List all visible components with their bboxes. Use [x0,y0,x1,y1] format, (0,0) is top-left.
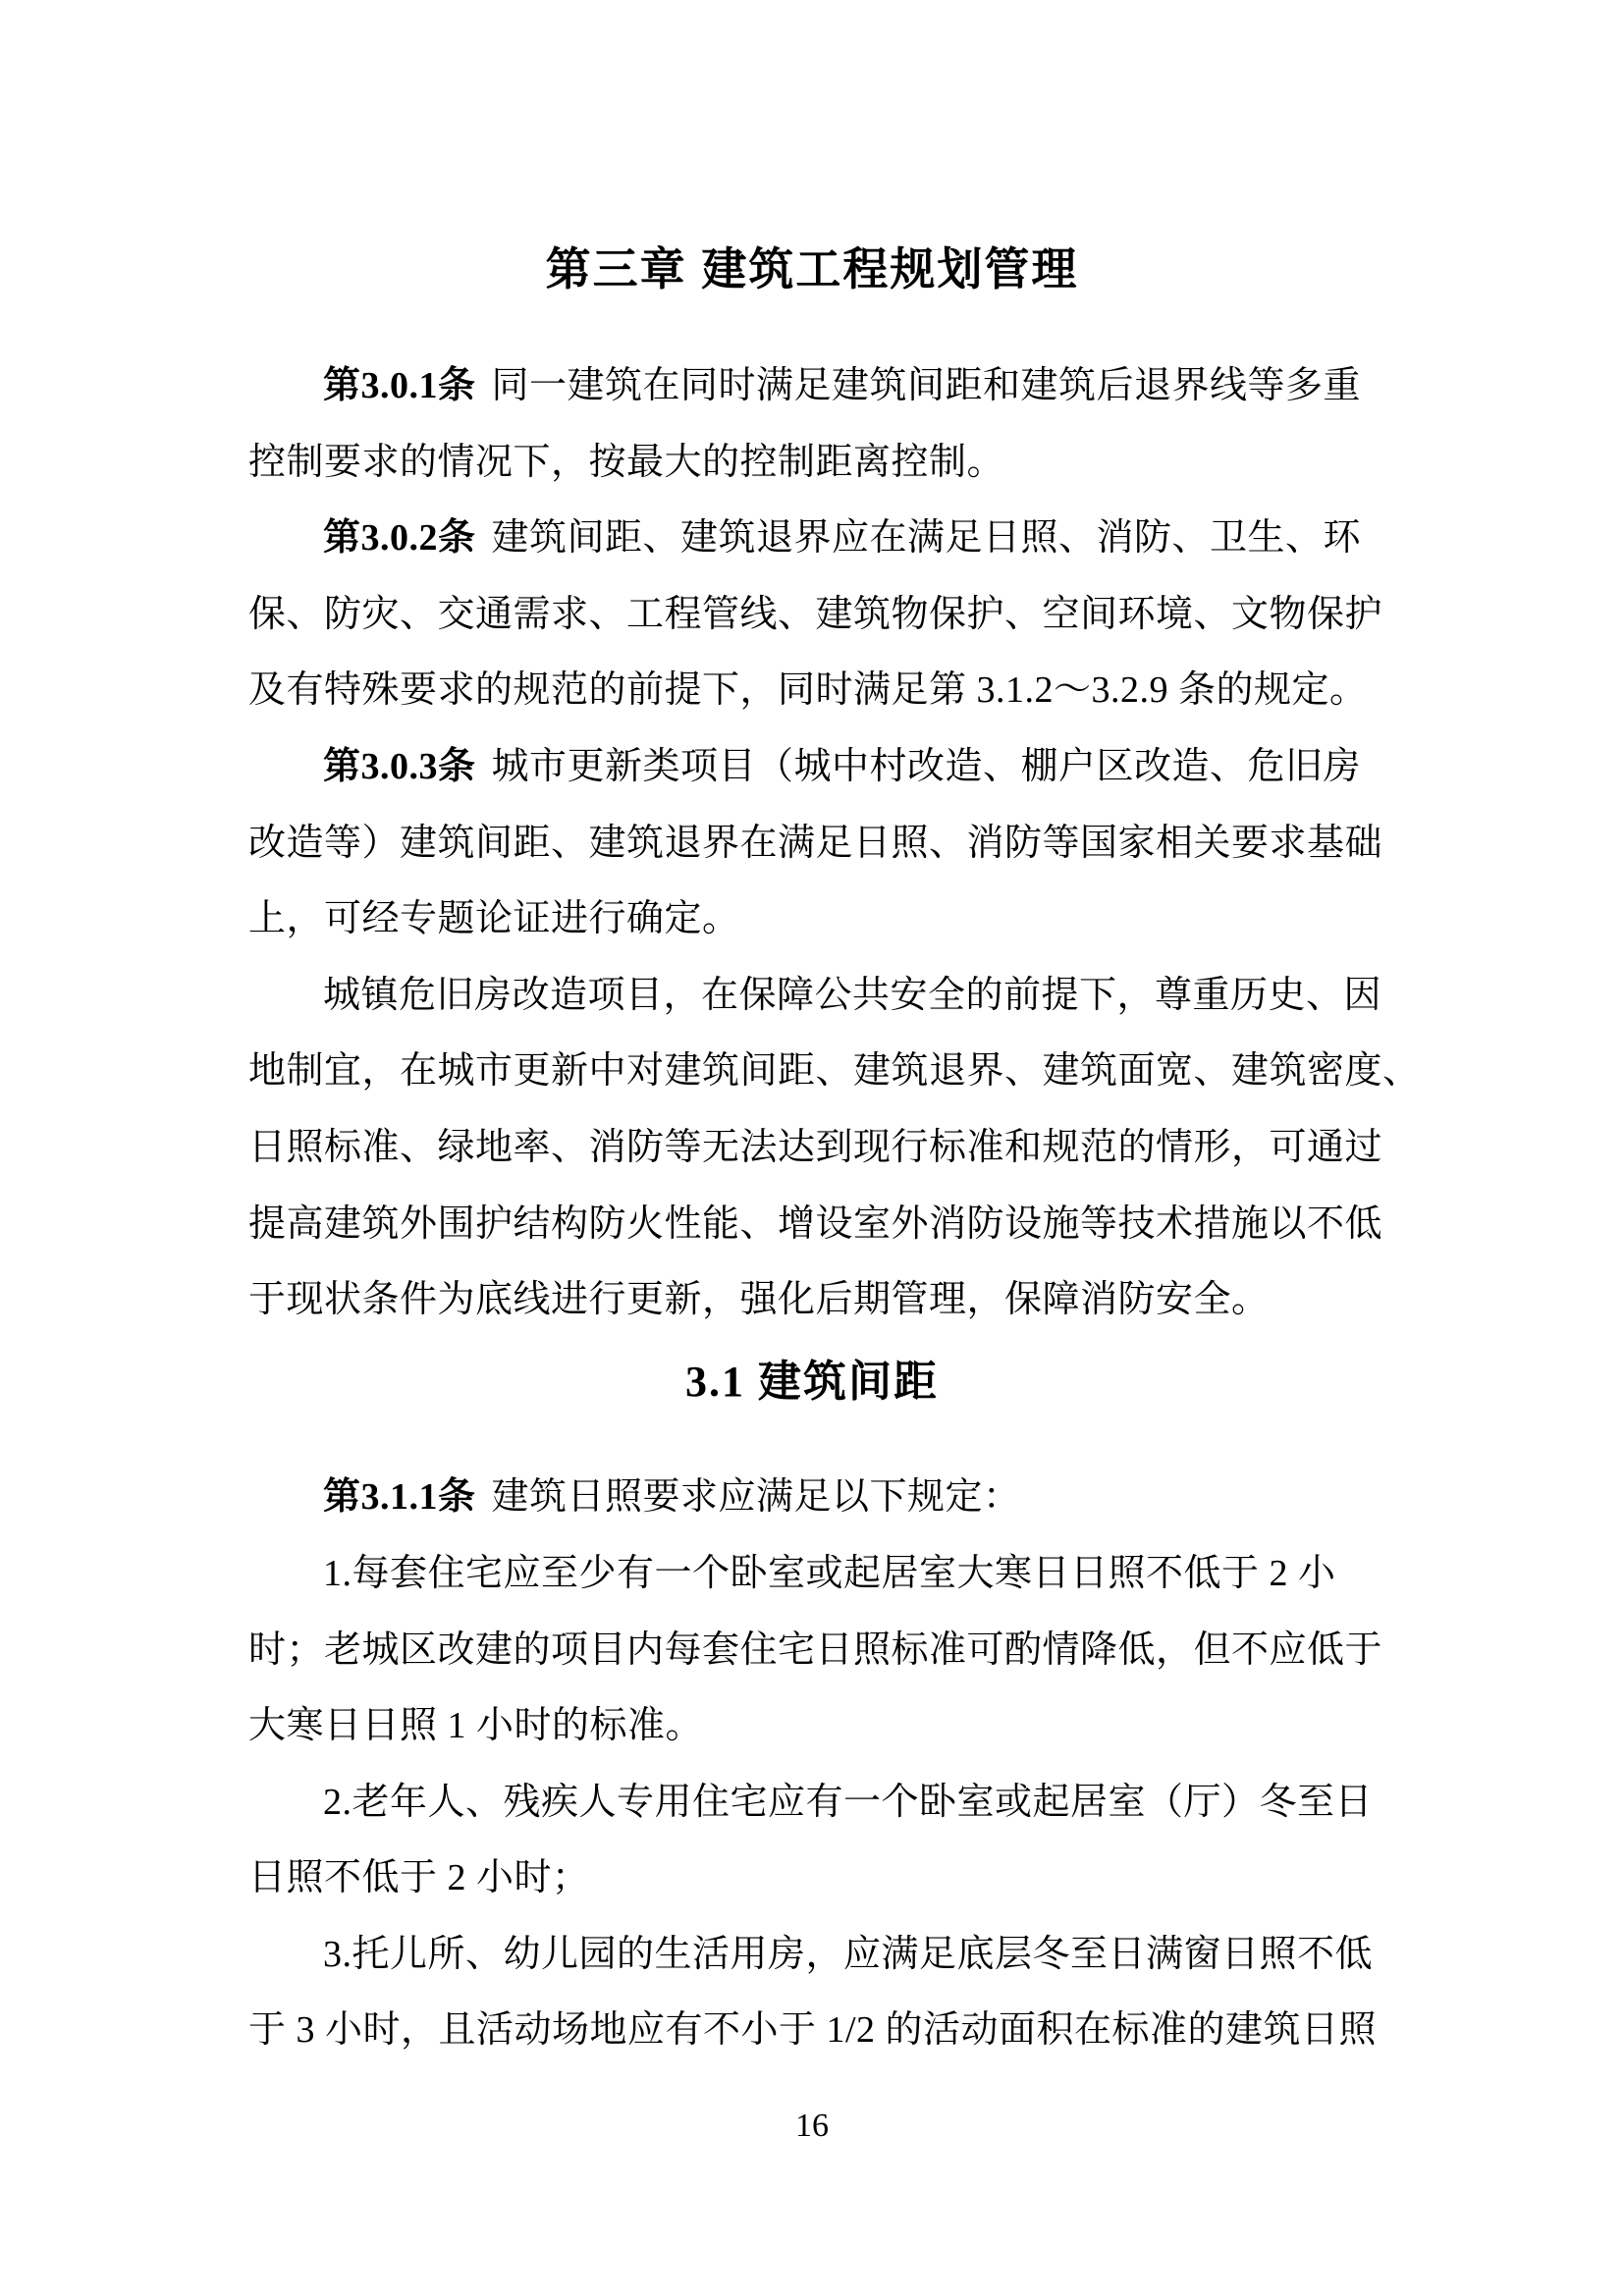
chapter-title: 第三章 建筑工程规划管理 [248,241,1376,296]
article-line: 于 3 小时，且活动场地应有不小于 1/2 的活动面积在标准的建筑日照 [248,1993,1376,2069]
article-3-0-3: 第3.0.3条城市更新类项目（城中村改造、棚户区改造、危旧房 改造等）建筑间距、… [248,729,1376,958]
article-line: 第3.0.3条城市更新类项目（城中村改造、棚户区改造、危旧房 [248,729,1376,806]
article-line: 改造等）建筑间距、建筑退界在满足日照、消防等国家相关要求基础 [248,806,1376,882]
article-line: 日照标准、绿地率、消防等无法达到现行标准和规范的情形，可通过 [248,1110,1376,1187]
item-1: 1.每套住宅应至少有一个卧室或起居室大寒日日照不低于 2 小 时；老城区改建的项… [248,1536,1376,1765]
article-line: 2.老年人、残疾人专用住宅应有一个卧室或起居室（厅）冬至日 [248,1765,1376,1842]
section-heading: 3.1 建筑间距 [248,1344,1376,1420]
document-page: 第三章 建筑工程规划管理 第3.0.1条同一建筑在同时满足建筑间距和建筑后退界线… [0,0,1624,2296]
article-line: 于现状条件为底线进行更新，强化后期管理，保障消防安全。 [248,1262,1376,1339]
article-number: 第3.0.3条 [323,746,476,787]
article-line: 上，可经专题论证进行确定。 [248,881,1376,958]
article-line: 第3.0.2条建筑间距、建筑退界应在满足日照、消防、卫生、环 [248,501,1376,577]
article-3-0-1: 第3.0.1条同一建筑在同时满足建筑间距和建筑后退界线等多重 控制要求的情况下，… [248,348,1376,501]
article-line: 保、防灾、交通需求、工程管线、建筑物保护、空间环境、文物保护 [248,577,1376,654]
page-number: 16 [248,2107,1376,2146]
article-line: 大寒日日照 1 小时的标准。 [248,1688,1376,1765]
article-text: 建筑日照要求应满足以下规定： [492,1476,1021,1518]
article-3-0-2: 第3.0.2条建筑间距、建筑退界应在满足日照、消防、卫生、环 保、防灾、交通需求… [248,501,1376,729]
article-text: 建筑间距、建筑退界应在满足日照、消防、卫生、环 [492,517,1362,559]
article-line: 1.每套住宅应至少有一个卧室或起居室大寒日日照不低于 2 小 [248,1536,1376,1613]
item-2: 2.老年人、残疾人专用住宅应有一个卧室或起居室（厅）冬至日 日照不低于 2 小时… [248,1765,1376,1917]
article-line: 及有特殊要求的规范的前提下，同时满足第 3.1.2～3.2.9 条的规定。 [248,653,1376,729]
article-line: 地制宜，在城市更新中对建筑间距、建筑退界、建筑面宽、建筑密度、 [248,1034,1376,1110]
article-line: 控制要求的情况下，按最大的控制距离控制。 [248,425,1376,502]
article-number: 第3.1.1条 [323,1476,476,1518]
article-line: 提高建筑外围护结构防火性能、增设室外消防设施等技术措施以不低 [248,1187,1376,1263]
article-line: 城镇危旧房改造项目，在保障公共安全的前提下，尊重历史、因 [248,958,1376,1035]
article-line: 第3.1.1条建筑日照要求应满足以下规定： [248,1460,1376,1536]
article-number: 第3.0.2条 [323,517,476,559]
article-line: 时；老城区改建的项目内每套住宅日照标准可酌情降低，但不应低于 [248,1613,1376,1689]
article-line: 第3.0.1条同一建筑在同时满足建筑间距和建筑后退界线等多重 [248,348,1376,425]
article-3-1-1: 第3.1.1条建筑日照要求应满足以下规定： [248,1460,1376,1536]
page-content: 第三章 建筑工程规划管理 第3.0.1条同一建筑在同时满足建筑间距和建筑后退界线… [248,0,1376,2069]
article-line: 日照不低于 2 小时； [248,1841,1376,1917]
article-line: 3.托儿所、幼儿园的生活用房，应满足底层冬至日满窗日照不低 [248,1917,1376,1994]
article-number: 第3.0.1条 [323,365,476,406]
article-text: 同一建筑在同时满足建筑间距和建筑后退界线等多重 [492,365,1362,406]
article-text: 城市更新类项目（城中村改造、棚户区改造、危旧房 [492,746,1362,787]
paragraph-urban-renewal: 城镇危旧房改造项目，在保障公共安全的前提下，尊重历史、因 地制宜，在城市更新中对… [248,958,1376,1339]
item-3: 3.托儿所、幼儿园的生活用房，应满足底层冬至日满窗日照不低 于 3 小时，且活动… [248,1917,1376,2069]
